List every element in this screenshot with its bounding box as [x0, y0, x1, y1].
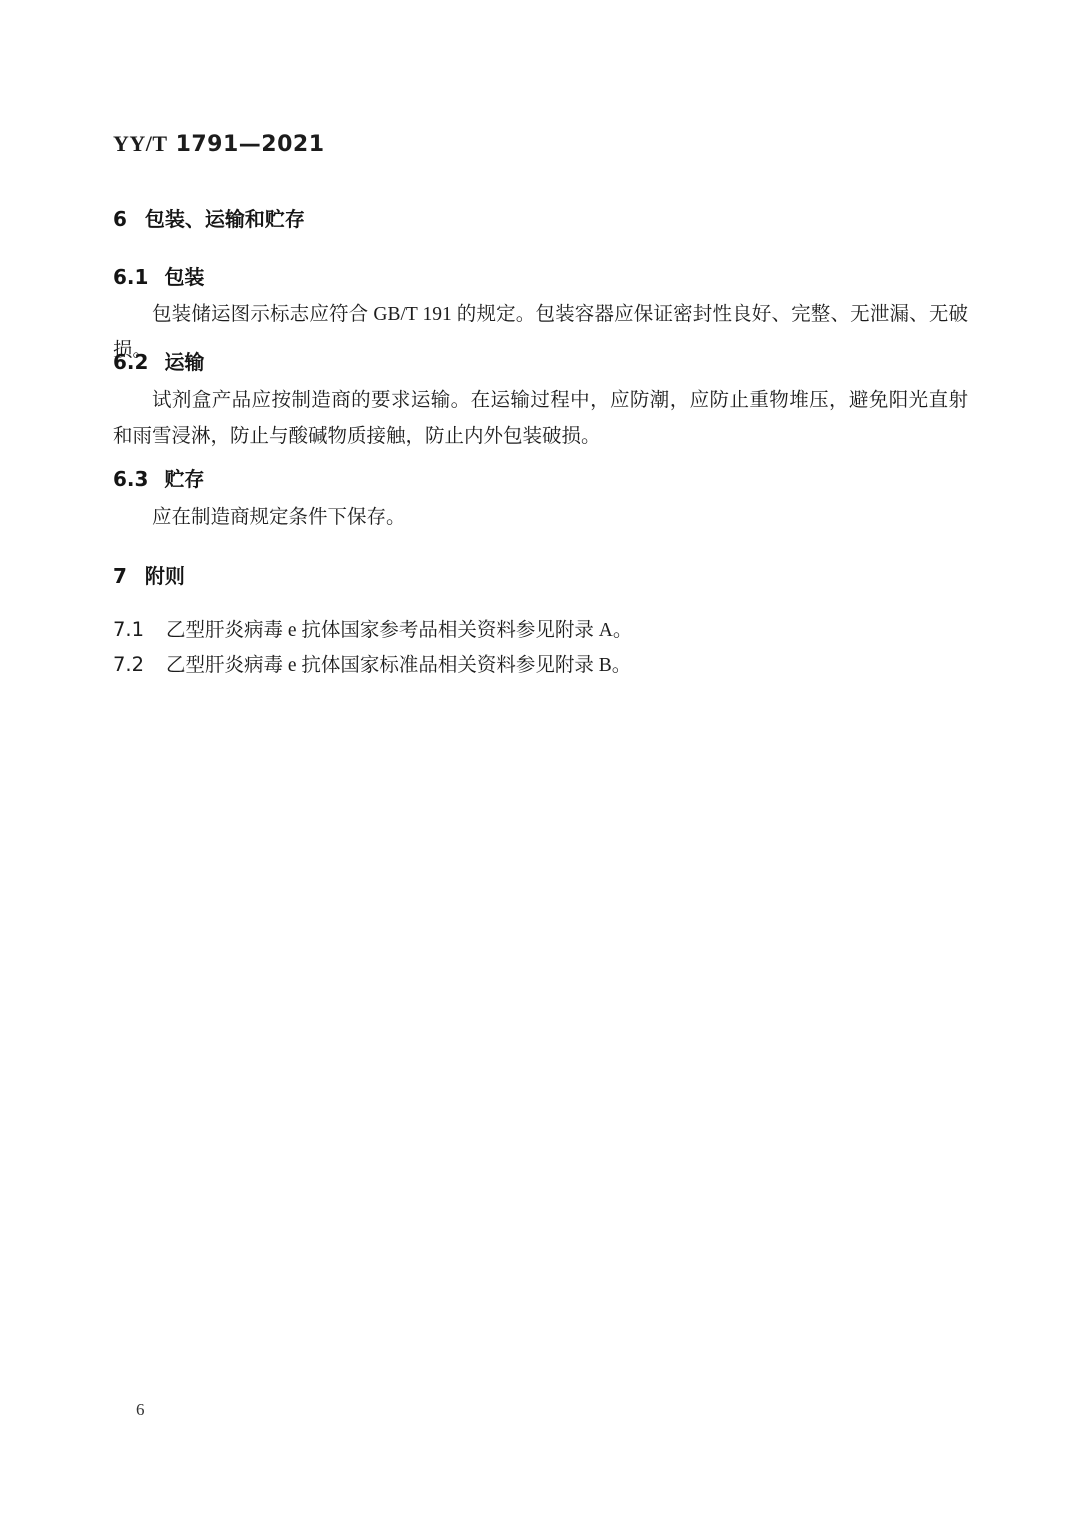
subsection-6-2-title: 运输: [164, 350, 204, 374]
section-6-number: 6: [113, 207, 127, 231]
clause-7-2: 7.2乙型肝炎病毒 e 抗体国家标准品相关资料参见附录 B。: [113, 647, 631, 683]
subsection-6-2-number: 6.2: [113, 350, 148, 374]
section-6-heading: 6包装、运输和贮存: [113, 203, 305, 232]
subsection-6-3-heading: 6.3贮存: [113, 463, 204, 492]
paragraph-storage: 应在制造商规定条件下保存。: [113, 500, 968, 536]
page-number: 6: [136, 1400, 145, 1420]
subsection-6-3-title: 贮存: [164, 467, 204, 491]
section-7-title: 附则: [145, 564, 185, 588]
standard-code-number: 1791—2021: [176, 132, 325, 157]
standard-code-prefix: YY/T: [113, 131, 168, 156]
subsection-6-2-heading: 6.2运输: [113, 346, 204, 375]
subsection-6-3-number: 6.3: [113, 467, 148, 491]
subsection-6-1-number: 6.1: [113, 265, 148, 289]
clause-7-2-text: 乙型肝炎病毒 e 抗体国家标准品相关资料参见附录 B。: [166, 655, 631, 676]
subsection-6-1-heading: 6.1包装: [113, 261, 204, 290]
section-7-number: 7: [113, 564, 127, 588]
standard-code-header: YY/T1791—2021: [113, 131, 325, 157]
clause-7-1: 7.1乙型肝炎病毒 e 抗体国家参考品相关资料参见附录 A。: [113, 612, 632, 648]
section-7-heading: 7附则: [113, 560, 185, 589]
clause-7-1-text: 乙型肝炎病毒 e 抗体国家参考品相关资料参见附录 A。: [166, 620, 632, 641]
clause-7-1-number: 7.1: [113, 612, 144, 647]
subsection-6-1-title: 包装: [164, 265, 204, 289]
paragraph-packaging: 包装储运图示标志应符合 GB/T 191 的规定。包装容器应保证密封性良好、完整…: [113, 297, 968, 369]
section-6-title: 包装、运输和贮存: [145, 207, 305, 231]
paragraph-transport: 试剂盒产品应按制造商的要求运输。在运输过程中，应防潮，应防止重物堆压，避免阳光直…: [113, 383, 968, 455]
clause-7-2-number: 7.2: [113, 647, 144, 682]
document-page: { "header": { "code_prefix": "YY/T", "co…: [0, 0, 1080, 1526]
